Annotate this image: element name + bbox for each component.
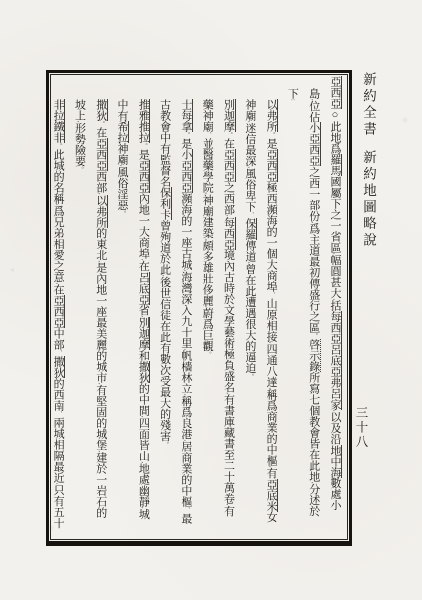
body-text: 在: [223, 138, 235, 149]
proper-noun-text: 每西亞: [223, 217, 236, 250]
proper-noun-text: 別迦摩: [223, 99, 236, 132]
body-text: 極西瀕海的一個大商埠: [265, 182, 277, 292]
proper-noun-text: 亞西亞: [137, 160, 150, 193]
text-column: 坡上,形勢險要。: [68, 76, 89, 538]
body-text: 之西一部份: [308, 166, 320, 221]
body-text: 兩城相隔最近: [53, 417, 64, 483]
text-column: 撒狄。在亞西亞西部,以弗所的東北,是內地一座最美麗的城市,有堅固的城堡,建於一岩…: [89, 76, 110, 538]
body-text: 神廟: [244, 99, 256, 121]
proper-noun-text: 非拉鐵非: [53, 99, 65, 143]
proper-noun-text: 亞底米: [265, 479, 278, 512]
body-text: 瀕海的一座古城: [180, 193, 192, 270]
punctuation: 。: [76, 167, 82, 173]
body-text: 稱爲商業的中樞: [265, 389, 277, 466]
body-text: 在: [95, 127, 107, 138]
body-text: 括: [329, 300, 341, 311]
proper-noun-text: 撒狄: [137, 361, 150, 383]
text-column: 神廟,迷信最深,風俗卑下、保羅傳道,曾在此遭遇很大的逼迫。: [239, 76, 260, 538]
punctuation: 。: [311, 333, 317, 339]
proper-noun-text: 亞西亞: [223, 149, 236, 182]
body-text: 曾殉道於此: [159, 220, 171, 275]
proper-noun-text: 保羅: [244, 218, 257, 240]
body-text: 的東北: [95, 228, 107, 261]
book-title-main: 新約全書: [361, 72, 376, 138]
body-text: 風俗卑下: [244, 168, 256, 212]
text-column: 別迦摩。在亞西亞之西部,每西亞境內古時於文學藝術極負盛名,有書庫藏書至二十萬卷,…: [217, 76, 238, 538]
body-text: 下: [286, 88, 298, 99]
body-text: 藥神廟: [201, 99, 213, 132]
text-column: 下:: [281, 76, 302, 538]
proper-noun-text: 弗呂家: [329, 377, 342, 410]
proper-noun-text: 羅馬: [329, 154, 342, 176]
proper-noun-text: 希拉: [116, 121, 129, 143]
body-text: 數處小: [329, 478, 341, 511]
text-column: 推雅推拉。是亞西亞內地一大商埠,在呂底亞省,別迦摩和撒狄的中間,四面皆山,地處幽…: [132, 76, 153, 538]
proper-noun-text: 推雅推拉: [137, 99, 150, 143]
body-text: 之西部: [223, 182, 235, 215]
body-text: 爲主道最初傳盛行之區: [308, 223, 320, 333]
book-title-section: 新約地圖略說: [361, 150, 376, 249]
scanned-book-page: 亞西亞○此地爲羅馬國屬下之一省區,幅圓甚大,括每西亞呂底亞弗呂家,以及沿地中海數…: [0, 0, 422, 600]
body-text: 內地一大商埠: [137, 193, 149, 259]
body-text: 稱爲良港: [180, 396, 192, 440]
body-text: 居商業的中樞: [180, 441, 192, 507]
body-text: 中部: [53, 328, 64, 350]
body-text: 並醫藥學院: [201, 138, 213, 193]
text-column: 古教會中有監督名保利卡曾殉道於此,後世信徒在此有數次受最大的殘害。: [153, 76, 174, 538]
proper-noun-text: 亞西亞: [53, 295, 65, 328]
body-text: 所寫七個教會皆在此地: [308, 372, 320, 482]
body-text: 幅圓甚大: [329, 255, 341, 299]
proper-noun-text: 撒狄: [95, 99, 108, 121]
body-text: 地處幽靜: [137, 463, 149, 507]
body-text: 建於一岩石的: [95, 452, 107, 518]
text-column: 以弗所。是亞西亞極西瀕海的一個大商埠、山原相接,四通八達,稱爲商業的中樞,有亞底…: [260, 76, 281, 538]
body-text: 後世信徒在此有數次受最大的殘害: [159, 277, 171, 442]
proper-noun-text: 地中海: [329, 445, 342, 478]
proper-noun-text: 別迦摩: [137, 317, 150, 350]
page-number: 三十八: [352, 406, 370, 450]
proper-noun-text: 以弗所: [95, 195, 108, 228]
text-column: 士每拿。是小亞西亞瀕海的一座古城,海灣深入九十里,帆檣林立,稱爲良港,居商業的中…: [175, 76, 196, 538]
body-text: 是: [265, 138, 277, 149]
body-text: 頗多雄壯侈麗: [201, 240, 213, 306]
body-text: 海灣深入九十里: [180, 272, 192, 349]
body-text: 有: [223, 506, 235, 517]
text-column: 非拉鐵非。此城的名稱,爲兄弟相愛之意,在亞西亞中部、撒狄的西南、兩城相隔最近,只…: [53, 76, 68, 538]
body-text: 四面皆山: [137, 418, 149, 462]
body-text: 位佔: [308, 100, 320, 122]
proper-noun-text: 小亞西亞: [180, 149, 193, 193]
book-name-text: 啓示錄: [308, 339, 321, 372]
body-text: 西部: [95, 171, 107, 193]
body-text: 古教會中有監督名: [159, 99, 171, 187]
body-text: 傳道: [244, 240, 256, 262]
body-text: 以及沿: [329, 412, 341, 445]
body-text: 是: [137, 149, 149, 160]
punctuation: 。: [204, 352, 210, 358]
body-text: 女: [265, 512, 277, 523]
body-text: 國屬下之一省區: [329, 176, 341, 253]
body-text: 有堅固的城堡: [95, 385, 107, 451]
body-text: 形勢險要: [73, 123, 85, 167]
body-text: 的中間: [137, 383, 149, 416]
proper-noun-text: 亞西亞: [265, 149, 278, 182]
body-text: 蔚爲巨觀: [201, 308, 213, 352]
body-text: 是: [180, 138, 192, 149]
body-text: 是內地一座最美麗的城市: [95, 262, 107, 383]
proper-noun-text: 撒狄: [53, 356, 65, 378]
body-text: 帆檣林立: [180, 350, 192, 394]
body-text: 和: [137, 350, 149, 361]
body-text: 島: [308, 88, 320, 99]
body-text: 坡上: [73, 99, 85, 121]
proper-noun-text: 呂底亞: [329, 344, 342, 377]
proper-noun-text: 亞西亞: [329, 76, 342, 109]
body-text: 四通八達: [265, 344, 277, 388]
proper-noun-text: 保利卡: [159, 187, 172, 220]
proper-noun-text: 士每拿: [180, 99, 193, 132]
punctuation: 。: [119, 211, 125, 217]
proper-noun-text: 小亞西亞: [308, 122, 321, 166]
text-column: 中有希拉神廟,風俗淫惡。: [111, 76, 132, 538]
body-text: 在: [53, 284, 64, 295]
proper-noun-text: 亞西亞: [95, 138, 108, 171]
body-text: 曾在此遭遇很大的逼迫: [244, 264, 256, 374]
right-margin-column: 新約全書新約地圖略說 三十八: [354, 68, 386, 546]
body-text: 有: [265, 468, 277, 479]
body-text: 省: [137, 305, 149, 316]
body-text: 最: [180, 513, 192, 524]
text-column: 亞西亞○此地爲羅馬國屬下之一省區,幅圓甚大,括每西亞呂底亞弗呂家,以及沿地中海數…: [324, 76, 345, 538]
punctuation: 。: [247, 374, 253, 380]
body-text: 只有五十: [53, 485, 64, 529]
body-text: 迷信最深: [244, 123, 256, 167]
proper-noun-text: 每西亞: [329, 311, 342, 344]
body-text: 爲兄弟相愛之意: [53, 206, 64, 283]
body-text: 的西南: [53, 378, 64, 411]
body-text: 此城的名稱: [53, 149, 64, 204]
body-text: 山原相接: [265, 298, 277, 342]
body-text: 風俗淫惡: [116, 167, 128, 211]
body-text: 中有: [116, 99, 128, 121]
punctuation: :: [289, 99, 295, 101]
text-column: 島,位佔小亞西亞之西一部份,爲主道最初傳盛行之區。啓示錄所寫七個教會皆在此地,分…: [302, 76, 323, 538]
body-text: 分述於: [308, 483, 320, 516]
text-columns: 亞西亞○此地爲羅馬國屬下之一省區,幅圓甚大,括每西亞呂底亞弗呂家,以及沿地中海數…: [53, 76, 345, 538]
book-title: 新約全書新約地圖略說: [358, 72, 378, 249]
text-column: 藥神廟、並醫藥學院,神廟建築,頗多雄壯侈麗,蔚爲巨觀。: [196, 76, 217, 538]
body-text: 城: [137, 509, 149, 520]
body-text: 境內古時於文學藝術極負盛名: [223, 250, 235, 393]
body-text: 在: [137, 261, 149, 272]
body-text: 有書庫藏書至二十萬卷: [223, 394, 235, 504]
body-text: 神廟建築: [201, 195, 213, 239]
proper-noun-text: 以弗所: [265, 99, 278, 132]
body-text: 神廟: [116, 143, 128, 165]
body-text: ○此地爲: [329, 109, 341, 154]
punctuation: 。: [162, 442, 168, 448]
proper-noun-text: 呂底亞: [137, 272, 150, 305]
